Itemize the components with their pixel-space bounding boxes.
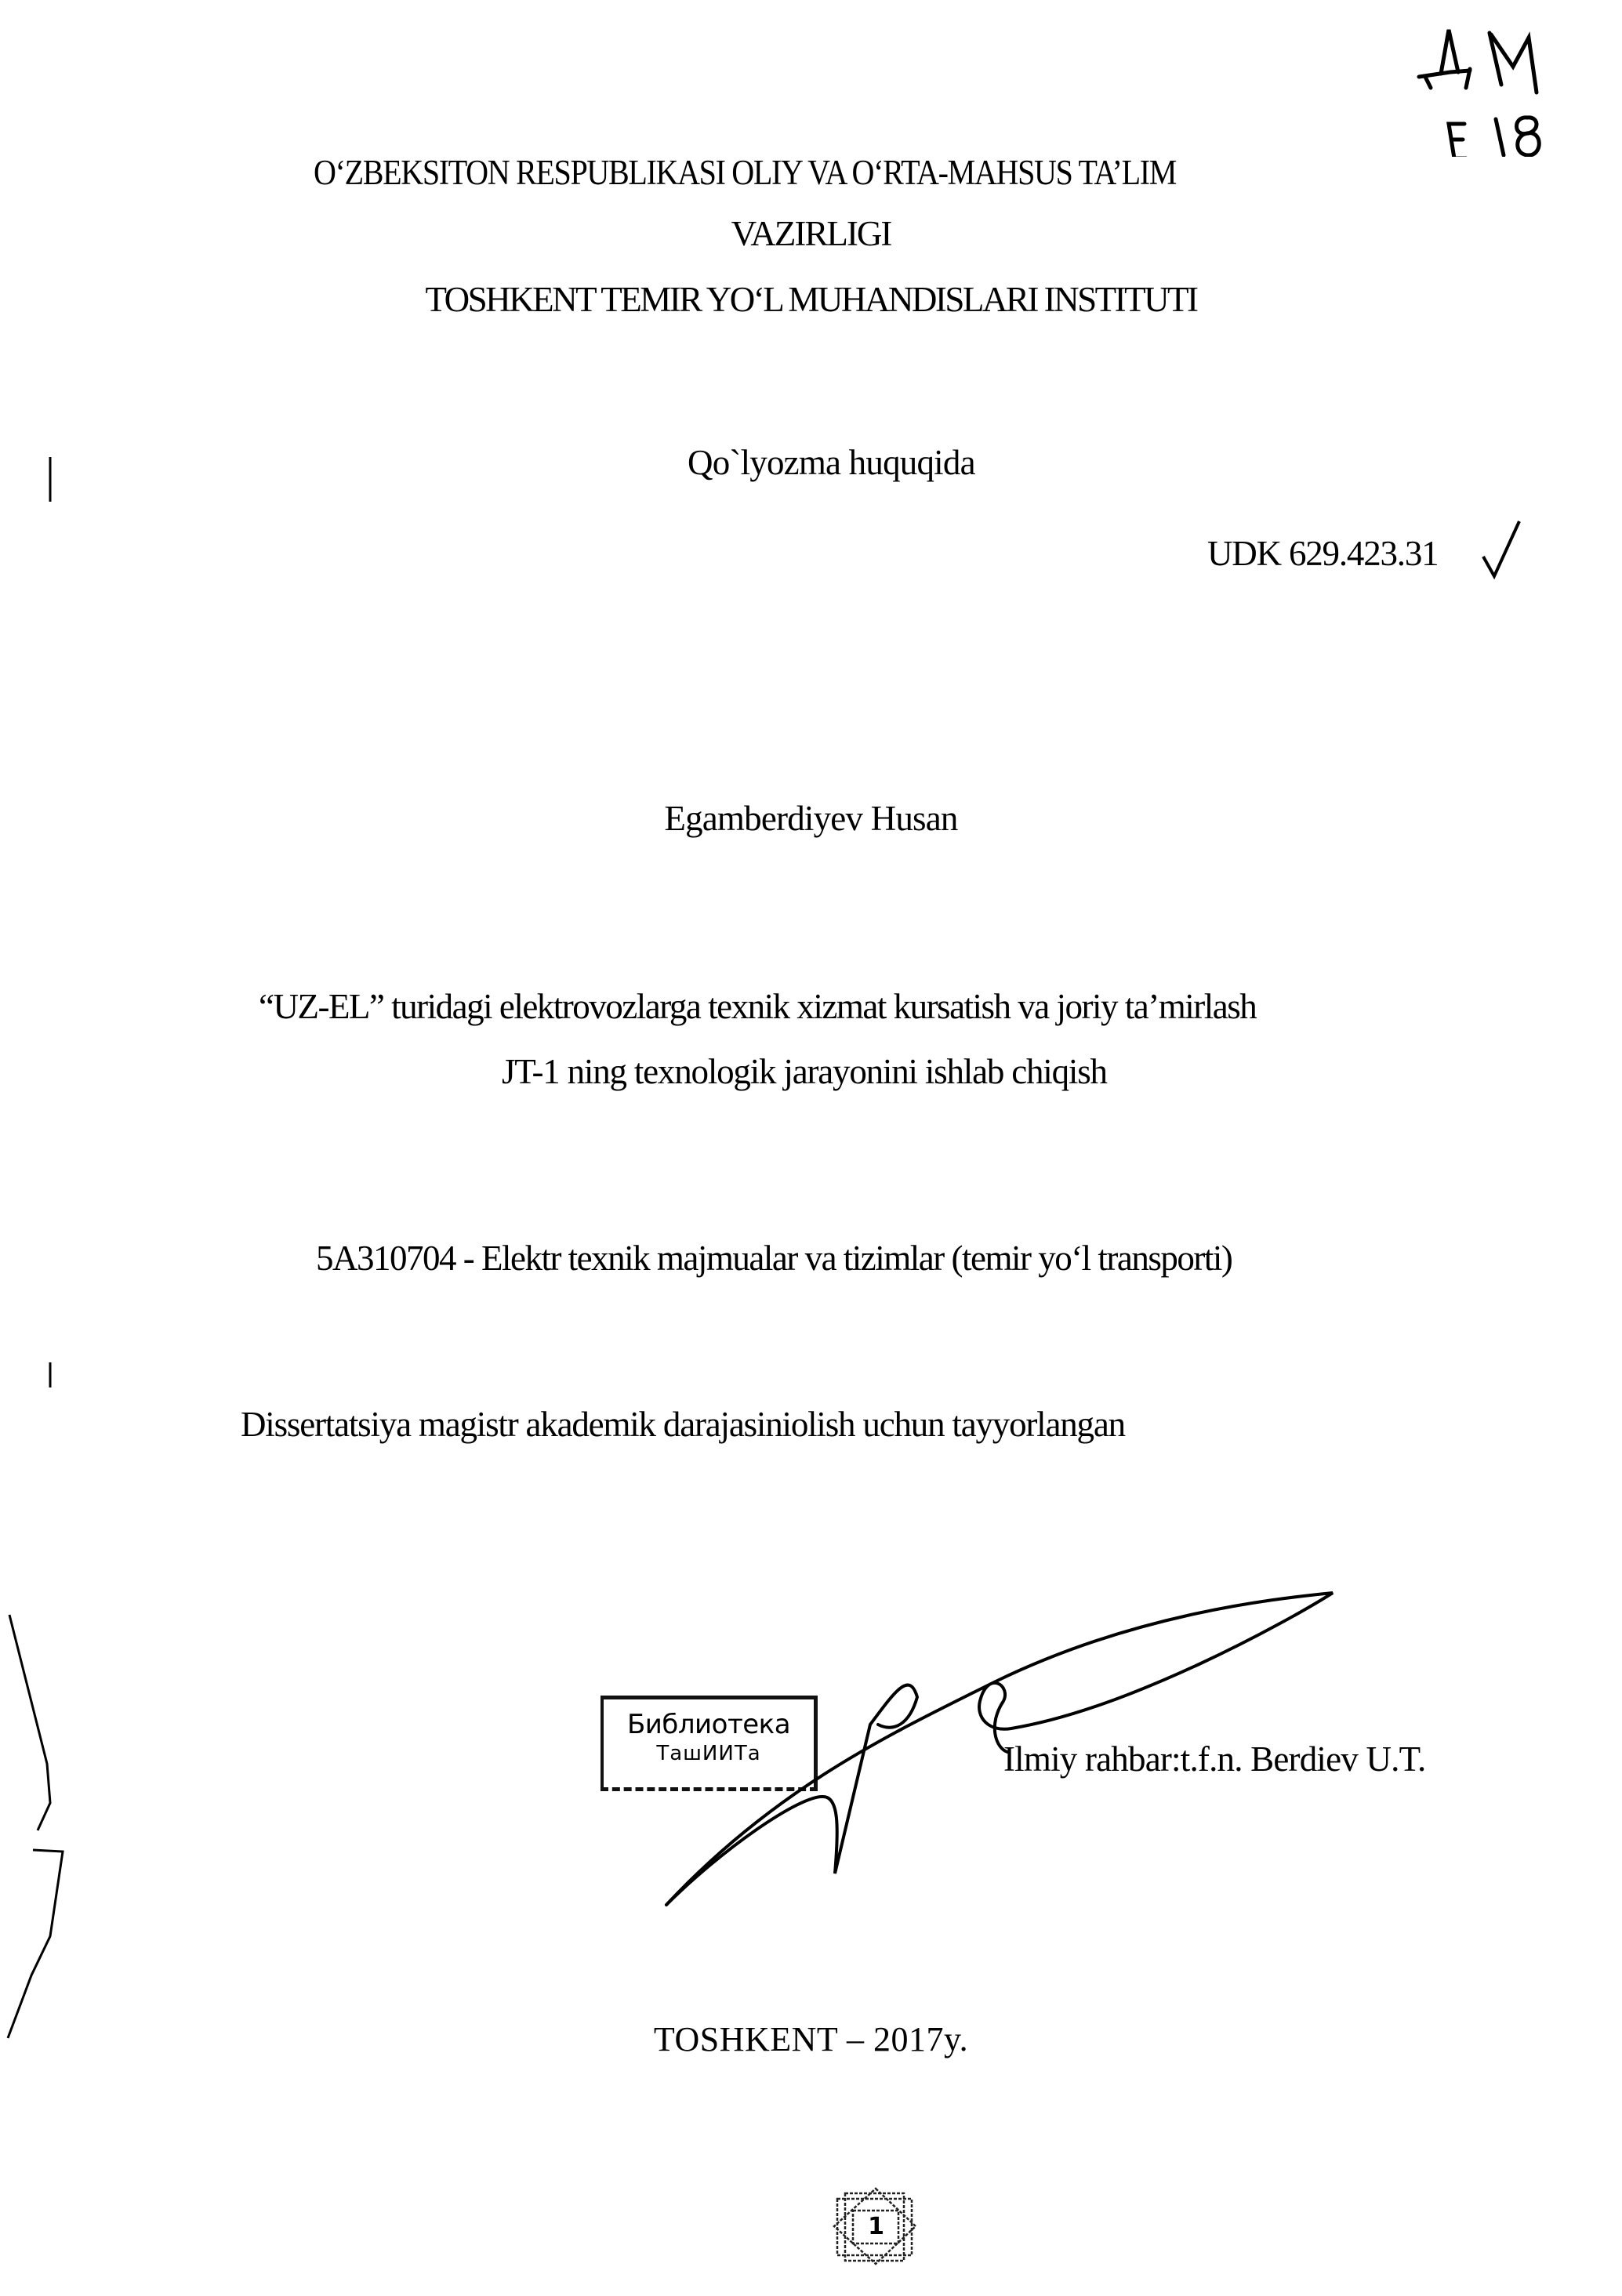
scan-artifact-icon [0,0,71,2296]
dissertation-purpose: Dissertatsiya magistr akademik darajasin… [241,1407,1125,1442]
specialty: 5A310704 - Elektr texnik majmualar va ti… [316,1241,1232,1276]
handwritten-dm-e18-icon [1403,24,1584,157]
ministry-line2: VAZIRLIGI [0,216,1622,252]
thesis-title-line1: “UZ-EL” turidagi elektrovozlarga texnik … [259,989,1256,1025]
thesis-title-line2: JT-1 ning texnologik jarayonini ishlab c… [502,1054,1107,1090]
ministry-line1: O‘ZBEKSITON RESPUBLIKASI OLIY VA O‘RTA-M… [314,155,1176,190]
page-number: 1 [831,2213,921,2240]
institute-name: TOSHKENT TEMIR YO‘L MUHANDISLARI INSTITU… [0,282,1622,317]
handwritten-annotation: ДМ E 18 [1403,24,1584,157]
city-year: TOSHKENT – 2017y. [0,2022,1622,2057]
udk-code: UDK 629.423.31 [1207,536,1438,571]
manuscript-rights: Qo`lyozma huquqida [688,445,975,481]
check-mark-icon [1480,517,1527,584]
supervisor: Ilmiy rahbar:t.f.n. Berdiev U.T. [1003,1742,1425,1777]
page-number-box: 1 [831,2187,921,2265]
scan-edge-marks [0,0,71,2296]
author-name: Egamberdiyev Husan [0,801,1622,836]
